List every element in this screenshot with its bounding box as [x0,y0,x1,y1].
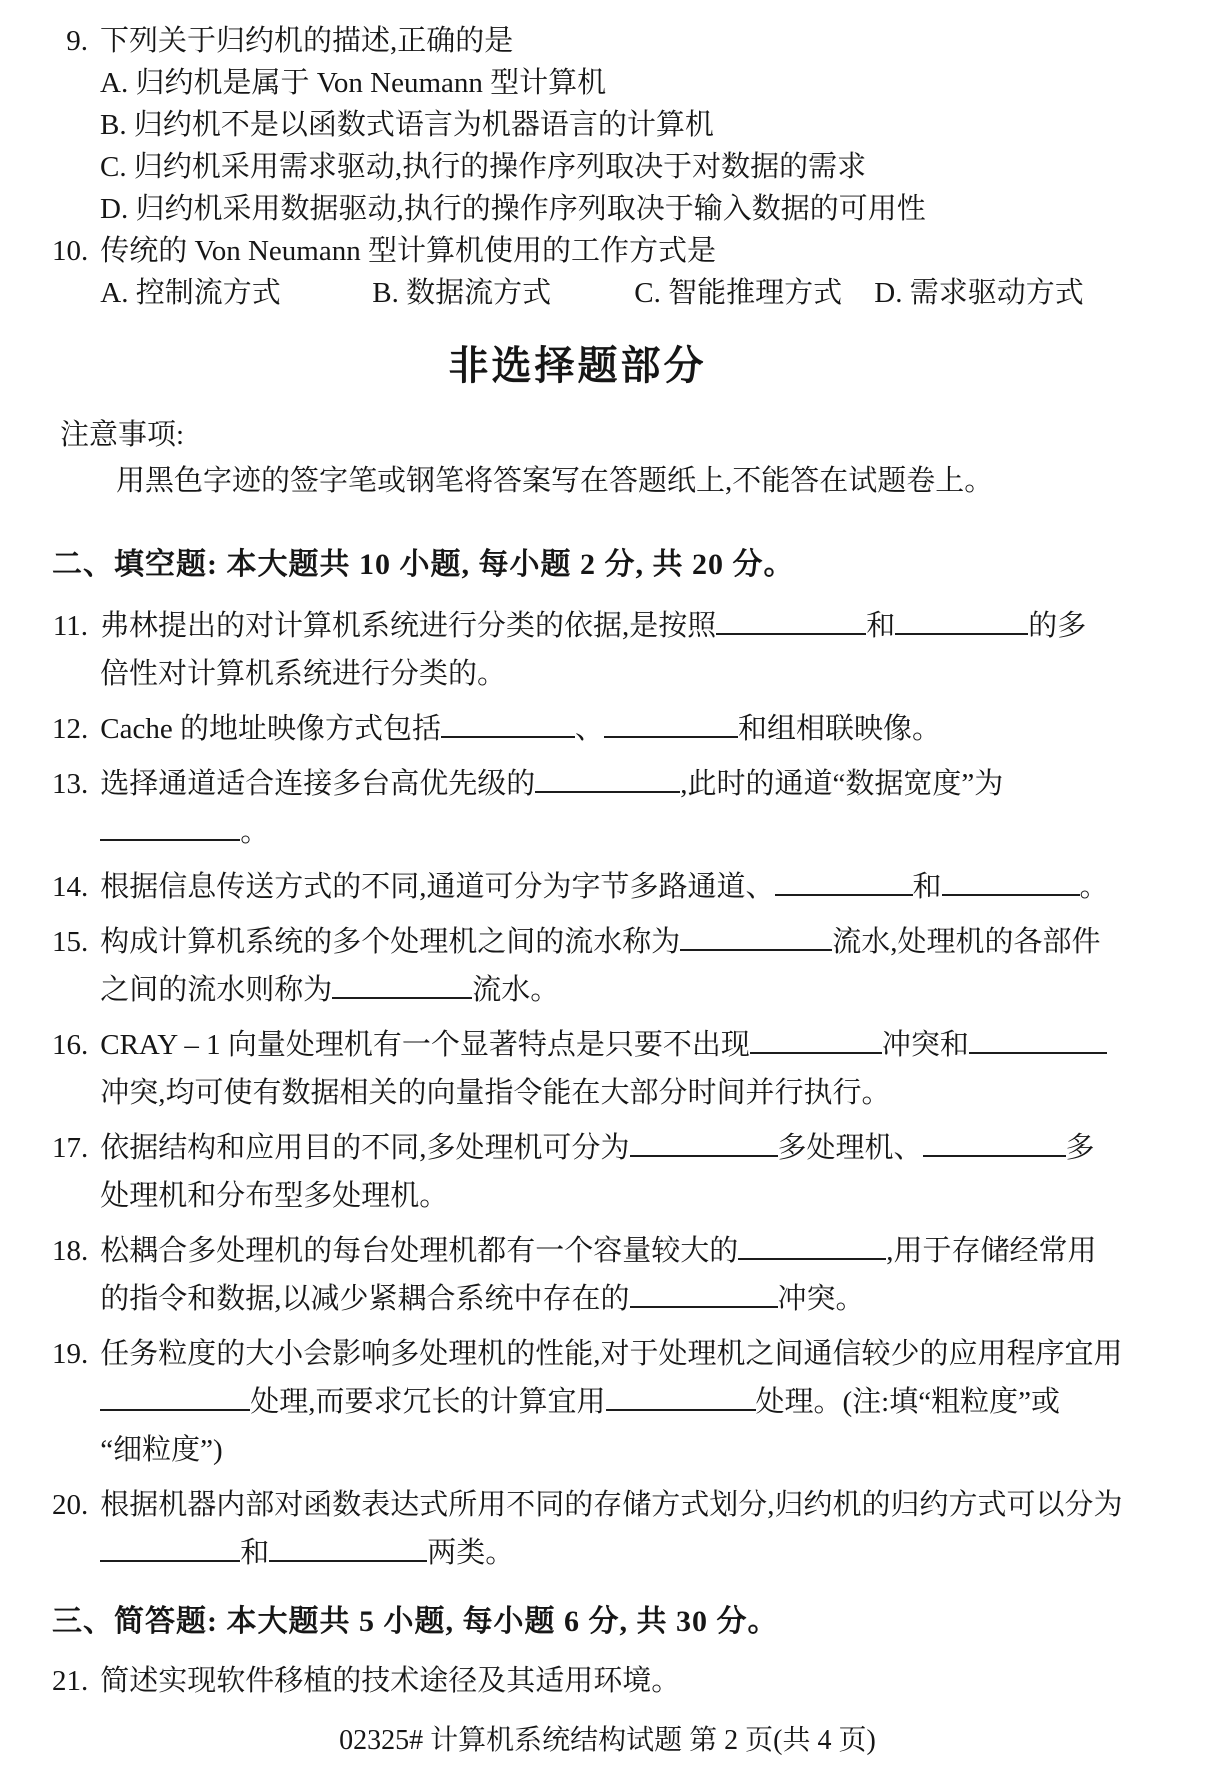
answer-blank [680,924,832,951]
question-10-option-a: A. 控制流方式 [100,272,372,314]
multiple-choice-section: 9. 下列关于归约机的描述,正确的是 A. 归约机是属于 Von Neumann… [52,20,1163,314]
question-number: 17. [52,1124,100,1172]
question-9-option-c: C. 归约机采用需求驱动,执行的操作序列取决于对数据的需求 [100,146,1163,188]
exam-page: 9. 下列关于归约机的描述,正确的是 A. 归约机是属于 Von Neumann… [0,0,1205,1779]
question-number: 12. [52,705,100,753]
question-20: 20. 根据机器内部对函数表达式所用不同的存储方式划分,归约机的归约方式可以分为… [52,1481,1163,1577]
question-number: 20. [52,1481,100,1529]
notice-heading: 注意事项: [52,412,1163,458]
question-number: 14. [52,863,100,911]
short-answer-section: 21. 简述实现软件移植的技术途径及其适用环境。 [52,1657,1163,1705]
question-16: 16. CRAY – 1 向量处理机有一个显著特点是只要不出现冲突和冲突,均可使… [52,1021,1163,1117]
answer-blank [100,1535,240,1562]
question-14: 14. 根据信息传送方式的不同,通道可分为字节多路通道、和。 [52,863,1163,911]
answer-blank [716,608,866,635]
question-text: 弗林提出的对计算机系统进行分类的依据,是按照和的多倍性对计算机系统进行分类的。 [100,602,1163,698]
answer-blank [942,869,1080,896]
question-text: CRAY – 1 向量处理机有一个显著特点是只要不出现冲突和冲突,均可使有数据相… [100,1021,1163,1117]
answer-blank [630,1281,778,1308]
question-9-stem: 下列关于归约机的描述,正确的是 [100,20,1163,62]
question-10-number: 10. [52,230,100,272]
answer-blank [923,1130,1066,1157]
answer-blank [441,711,575,738]
short-answer-section-heading: 三、简答题: 本大题共 5 小题, 每小题 6 分, 共 30 分。 [52,1597,1163,1647]
answer-blank [630,1130,778,1157]
question-number: 15. [52,918,100,966]
question-number: 11. [52,602,100,650]
question-17: 17. 依据结构和应用目的不同,多处理机可分为多处理机、多处理机和分布型多处理机… [52,1124,1163,1220]
answer-blank [604,711,738,738]
question-text: 选择通道适合连接多台高优先级的,此时的通道“数据宽度”为。 [100,760,1163,856]
question-9: 9. 下列关于归约机的描述,正确的是 A. 归约机是属于 Von Neumann… [52,20,1163,230]
fill-in-section-heading: 二、填空题: 本大题共 10 小题, 每小题 2 分, 共 20 分。 [52,540,1163,590]
question-text: 松耦合多处理机的每台处理机都有一个容量较大的,用于存储经常用的指令和数据,以减少… [100,1227,1163,1323]
question-15: 15. 构成计算机系统的多个处理机之间的流水称为流水,处理机的各部件之间的流水则… [52,918,1163,1014]
fill-in-section: 11. 弗林提出的对计算机系统进行分类的依据,是按照和的多倍性对计算机系统进行分… [52,602,1163,1577]
answer-blank [535,766,680,793]
question-text: 依据结构和应用目的不同,多处理机可分为多处理机、多处理机和分布型多处理机。 [100,1124,1163,1220]
page-footer: 02325# 计算机系统结构试题 第 2 页(共 4 页) [52,1719,1163,1763]
question-10-stem: 传统的 Von Neumann 型计算机使用的工作方式是 [100,230,1163,272]
question-9-option-a: A. 归约机是属于 Von Neumann 型计算机 [100,62,1163,104]
question-9-option-d: D. 归约机采用数据驱动,执行的操作序列取决于输入数据的可用性 [100,188,1163,230]
question-18: 18. 松耦合多处理机的每台处理机都有一个容量较大的,用于存储经常用的指令和数据… [52,1227,1163,1323]
answer-blank [775,869,913,896]
question-number: 13. [52,760,100,808]
question-number: 19. [52,1330,100,1378]
question-number: 18. [52,1227,100,1275]
answer-blank [895,608,1028,635]
question-text: 任务粒度的大小会影响多处理机的性能,对于处理机之间通信较少的应用程序宜用处理,而… [100,1330,1163,1474]
question-text: 构成计算机系统的多个处理机之间的流水称为流水,处理机的各部件之间的流水则称为流水… [100,918,1163,1014]
question-13: 13. 选择通道适合连接多台高优先级的,此时的通道“数据宽度”为。 [52,760,1163,856]
answer-blank [750,1027,882,1054]
question-text: 简述实现软件移植的技术途径及其适用环境。 [100,1657,1163,1705]
question-10-options: A. 控制流方式 B. 数据流方式 C. 智能推理方式 D. 需求驱动方式 [100,272,1163,314]
answer-blank [738,1233,886,1260]
question-10-option-b: B. 数据流方式 [372,272,634,314]
answer-blank [969,1027,1107,1054]
answer-blank [100,1384,250,1411]
question-9-option-b: B. 归约机不是以函数式语言为机器语言的计算机 [100,104,1163,146]
question-number: 16. [52,1021,100,1069]
question-12: 12. Cache 的地址映像方式包括、和组相联映像。 [52,705,1163,753]
question-19: 19. 任务粒度的大小会影响多处理机的性能,对于处理机之间通信较少的应用程序宜用… [52,1330,1163,1474]
section-title: 非选择题部分 [52,340,1103,392]
question-10-option-c: C. 智能推理方式 [634,272,874,314]
answer-blank [100,814,240,841]
question-10-option-d: D. 需求驱动方式 [874,272,1083,314]
question-11: 11. 弗林提出的对计算机系统进行分类的依据,是按照和的多倍性对计算机系统进行分… [52,602,1163,698]
question-number: 21. [52,1657,100,1705]
notice-text: 用黑色字迹的签字笔或钢笔将答案写在答题纸上,不能答在试题卷上。 [52,458,1163,504]
answer-blank [606,1384,756,1411]
question-10: 10. 传统的 Von Neumann 型计算机使用的工作方式是 A. 控制流方… [52,230,1163,314]
question-text: Cache 的地址映像方式包括、和组相联映像。 [100,705,1163,753]
question-text: 根据机器内部对函数表达式所用不同的存储方式划分,归约机的归约方式可以分为和两类。 [100,1481,1163,1577]
answer-blank [332,972,472,999]
question-21: 21. 简述实现软件移植的技术途径及其适用环境。 [52,1657,1163,1705]
question-text: 根据信息传送方式的不同,通道可分为字节多路通道、和。 [100,863,1163,911]
question-9-number: 9. [52,20,100,62]
answer-blank [269,1535,427,1562]
